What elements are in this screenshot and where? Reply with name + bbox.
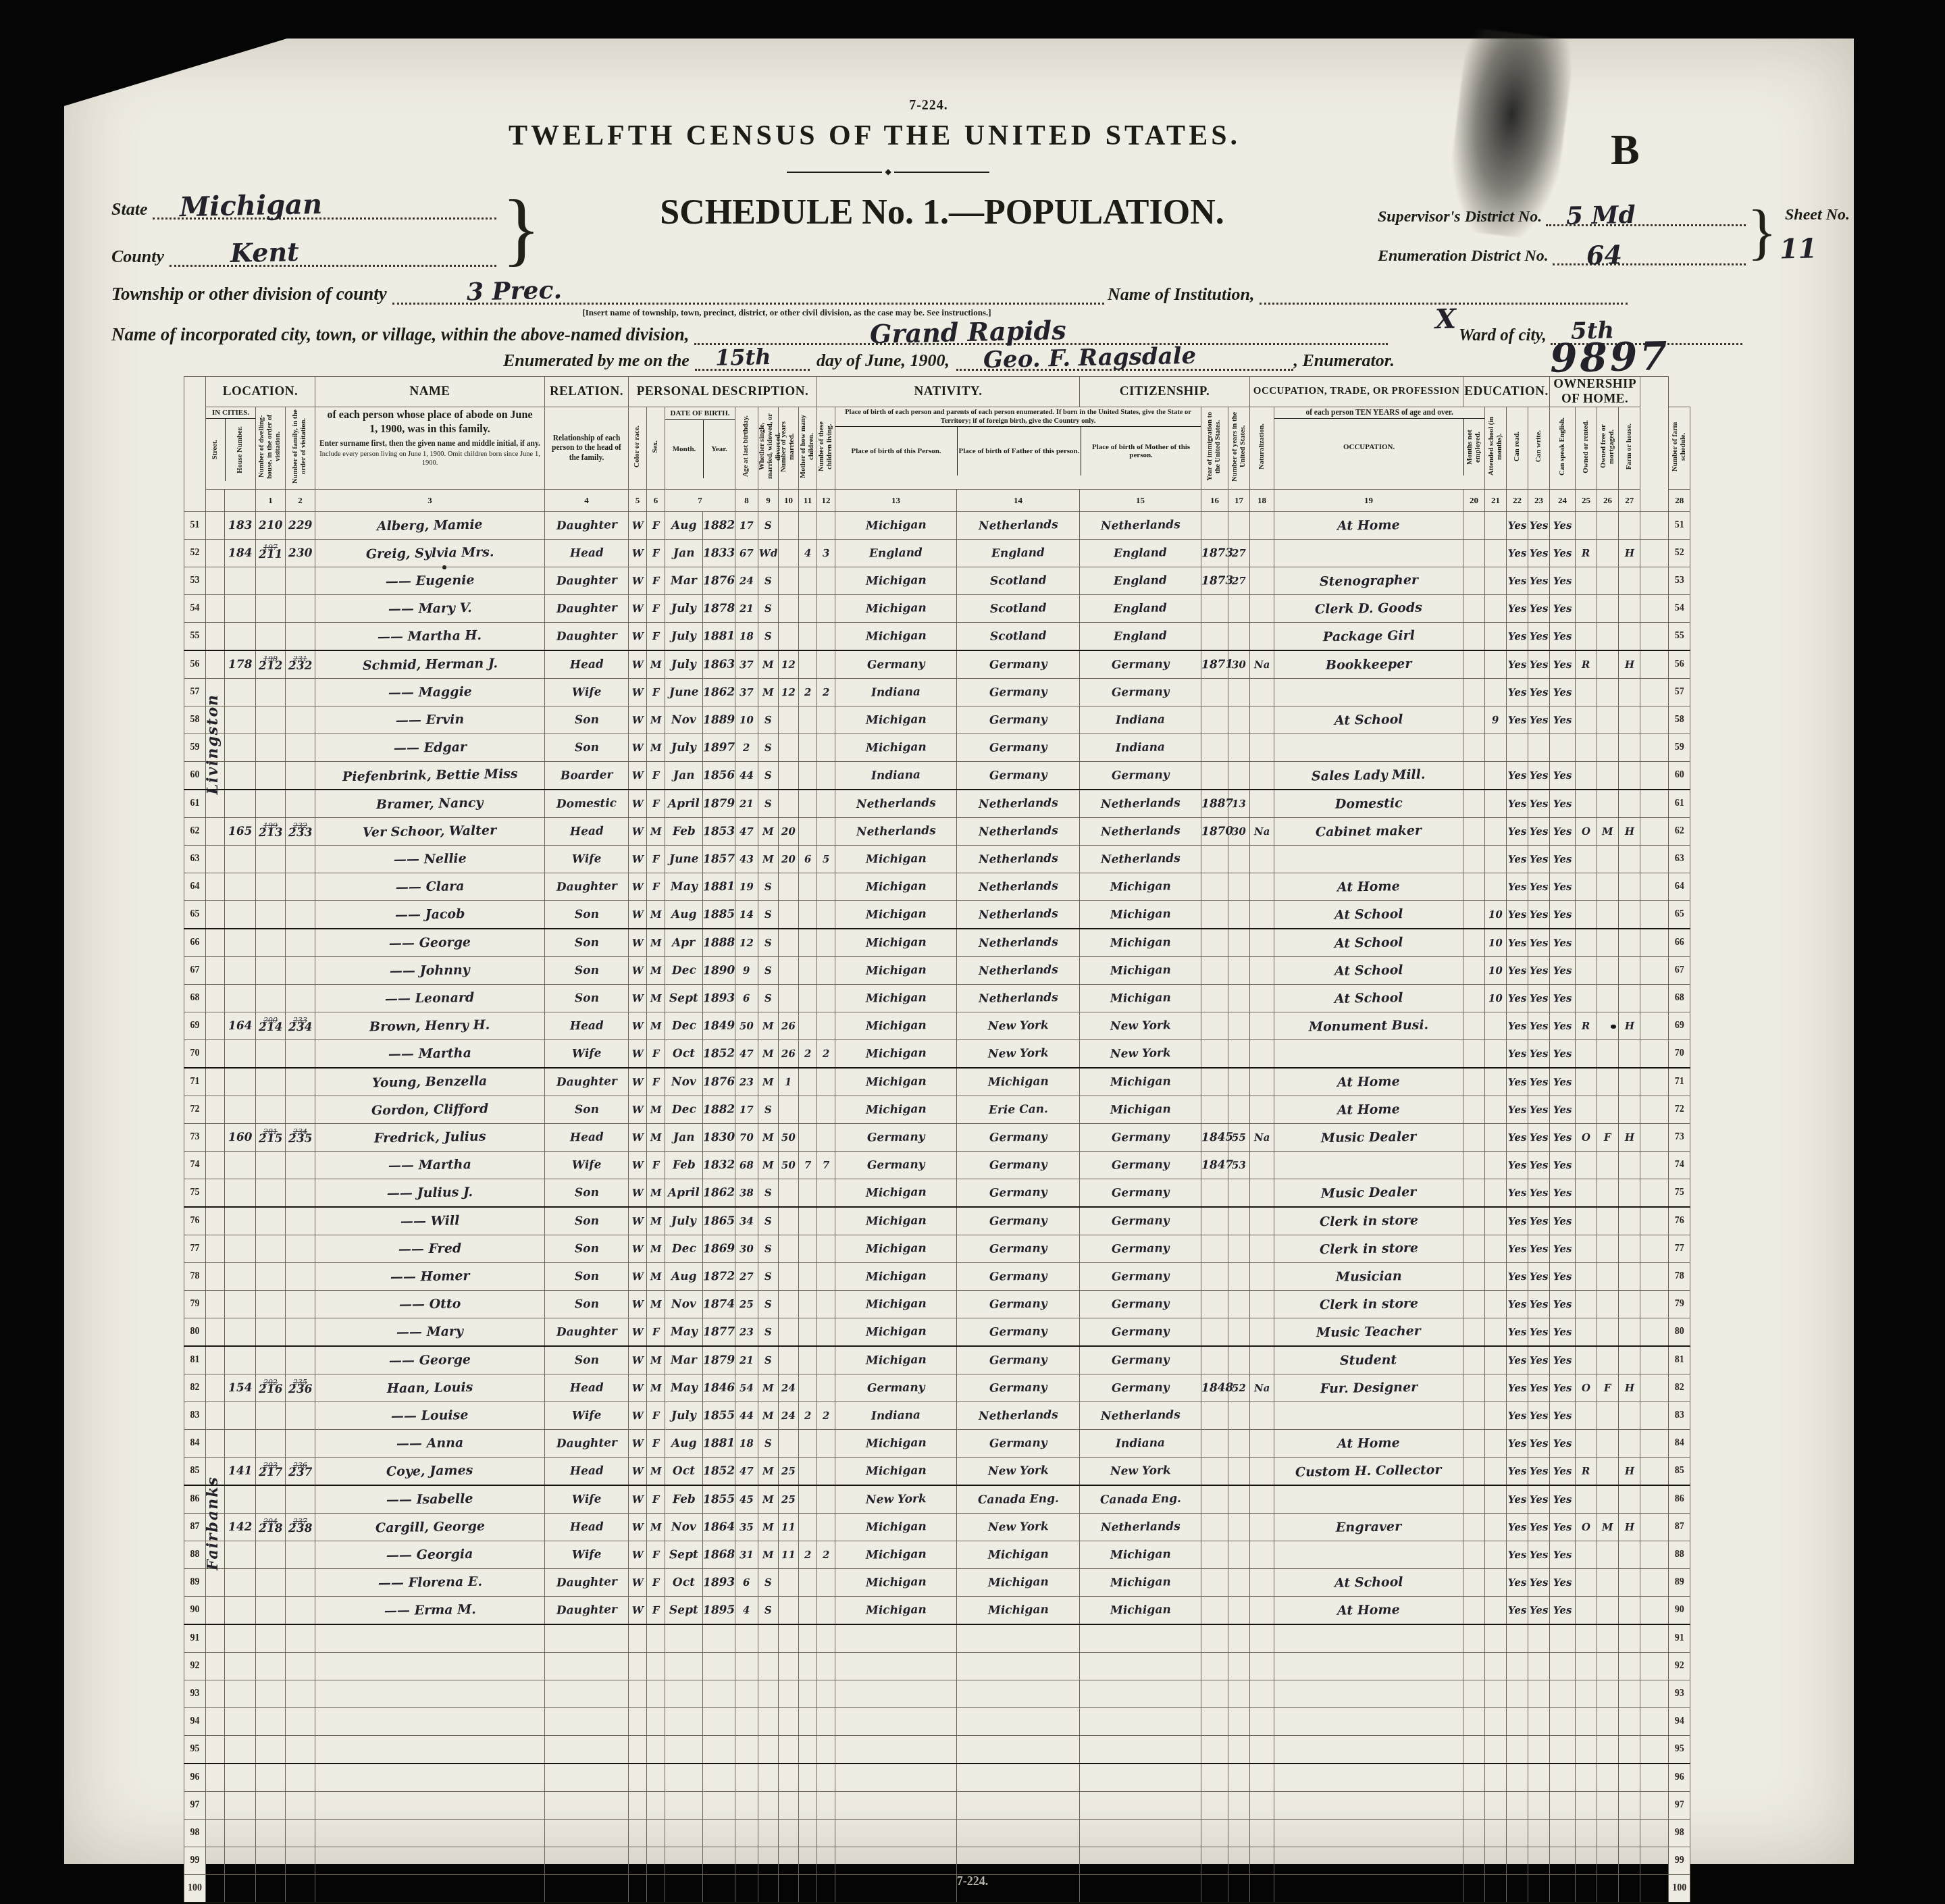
- cell-value: 30: [740, 1242, 754, 1254]
- cell: [1228, 1624, 1250, 1653]
- cell-value: Michigan: [988, 1603, 1049, 1618]
- cell: [286, 734, 315, 762]
- cell: [1576, 846, 1597, 873]
- cell-value: Domestic: [1335, 796, 1403, 812]
- cell: Yes: [1528, 1291, 1550, 1318]
- cell: [1201, 1207, 1228, 1235]
- cell-value: Haan, Louis: [387, 1380, 473, 1396]
- cell: 230: [286, 540, 315, 567]
- cell: 204218: [256, 1514, 286, 1541]
- cell: Yes: [1550, 929, 1576, 957]
- cell: [225, 1708, 256, 1736]
- cell: New York: [957, 1040, 1080, 1069]
- cell-value: S: [764, 1214, 772, 1227]
- cell: [1080, 1653, 1201, 1680]
- cell: —— Isabelle: [315, 1485, 545, 1514]
- cell: [665, 1680, 703, 1708]
- cell-value: Yes: [1553, 519, 1572, 531]
- cell: Daughter: [545, 1430, 629, 1458]
- cell: S: [758, 1346, 779, 1374]
- table-group-header-row: LOCATION.NAMERELATION.PERSONAL DESCRIPTI…: [184, 377, 1690, 407]
- cell: W: [629, 1569, 647, 1597]
- cell: [779, 790, 799, 818]
- cell: [1463, 1820, 1485, 1847]
- cell: —— Mary: [315, 1318, 545, 1347]
- cell: Oct: [665, 1458, 703, 1486]
- cell: 1852: [703, 1458, 735, 1486]
- cell-value: Feb: [672, 1158, 695, 1173]
- cell-value: Germany: [867, 1158, 925, 1172]
- cell: [1463, 1012, 1485, 1040]
- cell-value: 18: [740, 629, 754, 642]
- cell: [629, 1820, 647, 1847]
- cell: W: [629, 762, 647, 790]
- cell: Michigan: [835, 873, 957, 901]
- line-number: 83: [184, 1402, 206, 1430]
- cell: [1201, 1708, 1228, 1736]
- cell-value: Yes: [1530, 1548, 1549, 1560]
- line-number-gutter: [1640, 377, 1669, 512]
- cell: Yes: [1550, 873, 1576, 901]
- cell: [206, 1402, 225, 1430]
- cell: Yes: [1507, 1430, 1528, 1458]
- cell: 1847: [1201, 1152, 1228, 1179]
- cell: Feb: [665, 818, 703, 846]
- cell-value: Yes: [1553, 1075, 1572, 1087]
- cell: [1619, 1235, 1640, 1263]
- line-number: 64: [1669, 873, 1690, 901]
- cell: Yes: [1550, 595, 1576, 623]
- cell: 1878: [703, 595, 735, 623]
- cell: Yes: [1550, 1346, 1576, 1374]
- cell: England: [1080, 623, 1201, 651]
- cell: 1857: [703, 846, 735, 873]
- can-read-header: Can read.: [1507, 407, 1528, 490]
- cell: W: [629, 512, 647, 540]
- cell: 1893: [703, 1569, 735, 1597]
- table-row: 9999: [184, 1847, 1690, 1875]
- cell: [817, 706, 835, 734]
- cell: Michigan: [835, 1235, 957, 1263]
- cell: [1576, 873, 1597, 901]
- cell: [1463, 818, 1485, 846]
- cell: [545, 1736, 629, 1764]
- cell: [1576, 1736, 1597, 1764]
- cell: [1228, 1792, 1250, 1820]
- table-row: 70—— MarthaWifeWFOct185247M2622MichiganN…: [184, 1040, 1690, 1069]
- cell: Yes: [1528, 540, 1550, 567]
- cell-value: Aug: [671, 908, 697, 922]
- cell: [1250, 790, 1274, 818]
- cell: 10: [735, 706, 758, 734]
- cell: Yes: [1550, 1318, 1576, 1347]
- cell-value: Yes: [1530, 686, 1549, 698]
- cell-value: Yes: [1508, 825, 1527, 837]
- cell: [1485, 790, 1507, 818]
- cell: [1250, 1291, 1274, 1318]
- cell: [1228, 1402, 1250, 1430]
- cell: Netherlands: [957, 512, 1080, 540]
- cell: [758, 1847, 779, 1875]
- cell: [799, 1764, 817, 1792]
- cell: [799, 1680, 817, 1708]
- cell: [225, 595, 256, 623]
- cell: Michigan: [1080, 957, 1201, 985]
- table-row: 81—— GeorgeSonWMMar187921SMichiganGerman…: [184, 1346, 1690, 1374]
- cell-value: S: [764, 992, 772, 1004]
- cell-value: M: [650, 1354, 662, 1366]
- cell-value: 1832: [703, 1158, 735, 1173]
- cell: [256, 1152, 286, 1179]
- cell-value: S: [764, 936, 772, 948]
- cell: [1250, 540, 1274, 567]
- cell-value: F: [652, 1548, 660, 1560]
- cell: [1201, 901, 1228, 929]
- cell: Cargill, George: [315, 1514, 545, 1541]
- cell: [1576, 1680, 1597, 1708]
- cell: Yes: [1528, 1068, 1550, 1096]
- cell: Na: [1250, 818, 1274, 846]
- cell-value: 23: [740, 1325, 754, 1337]
- cell-value: Bramer, Nancy: [376, 796, 484, 813]
- cell: [1597, 1764, 1619, 1792]
- cell: [1485, 873, 1507, 901]
- cell: [256, 1263, 286, 1291]
- line-number: 58: [1669, 706, 1690, 734]
- cell: 1882: [703, 512, 735, 540]
- cell: [1576, 1847, 1597, 1875]
- cell: [1485, 1624, 1507, 1653]
- cell: 142: [225, 1514, 256, 1541]
- cell: Michigan: [835, 1263, 957, 1291]
- cell: 12: [779, 650, 799, 679]
- cell: [703, 1792, 735, 1820]
- cell-value: W: [631, 1576, 643, 1588]
- cell-value: 211: [259, 548, 283, 562]
- cell: [1597, 540, 1619, 567]
- line-number: 51: [1669, 512, 1690, 540]
- cell-value: Yes: [1530, 1493, 1549, 1505]
- cell: [1619, 1653, 1640, 1680]
- cell: [1463, 1792, 1485, 1820]
- cell: [256, 957, 286, 985]
- cell: [225, 1485, 256, 1514]
- cell: 53: [1228, 1152, 1250, 1179]
- cell: Daughter: [545, 567, 629, 595]
- cell-value: —— Louise: [391, 1408, 469, 1424]
- cell: [225, 790, 256, 818]
- cell-value: Netherlands: [979, 963, 1058, 978]
- cell-value: S: [764, 1437, 772, 1449]
- cell: M: [1597, 1514, 1619, 1541]
- cell: [1201, 679, 1228, 706]
- cell: Yes: [1528, 873, 1550, 901]
- cell: Netherlands: [957, 790, 1080, 818]
- cell: Yes: [1550, 512, 1576, 540]
- cell: Michigan: [835, 623, 957, 651]
- cell: F: [647, 873, 665, 901]
- cell: Wife: [545, 1485, 629, 1514]
- cell: Yes: [1528, 1152, 1550, 1179]
- cell-value: W: [631, 1493, 643, 1505]
- cell-value: Yes: [1530, 797, 1549, 809]
- cell-value: W: [631, 1047, 643, 1059]
- cell-value: 25: [781, 1493, 796, 1505]
- cell-value: Yes: [1530, 1019, 1549, 1031]
- cell-value: Yes: [1553, 1047, 1572, 1059]
- cell-value: M: [762, 852, 774, 865]
- cell: [817, 901, 835, 929]
- cell: [1463, 650, 1485, 679]
- cell: Yes: [1550, 1263, 1576, 1291]
- cell: [779, 1875, 799, 1903]
- name-header: of each person whose place of abode on J…: [315, 407, 545, 490]
- cell: June: [665, 846, 703, 873]
- cell: Michigan: [835, 1040, 957, 1069]
- cell-value: 217: [259, 1466, 283, 1480]
- cell: [817, 790, 835, 818]
- cell: 19: [735, 873, 758, 901]
- line-number: 63: [184, 846, 206, 873]
- cell-value: Stenographer: [1319, 573, 1418, 590]
- line-number: 52: [1669, 540, 1690, 567]
- occupation-header: of each person TEN YEARS of age and over…: [1274, 407, 1485, 490]
- cell: S: [758, 1096, 779, 1124]
- cell: [1250, 1736, 1274, 1764]
- cell-value: 2: [823, 1047, 830, 1059]
- cell-value: Yes: [1553, 908, 1572, 920]
- cell: —— Will: [315, 1207, 545, 1235]
- column-label: House Number.: [236, 425, 244, 475]
- cell: [1640, 1179, 1669, 1208]
- cell-value: Daughter: [556, 1075, 617, 1089]
- cell: Yes: [1550, 818, 1576, 846]
- cell: [1201, 985, 1228, 1012]
- cell-value: Wife: [572, 1409, 602, 1423]
- cell-value: Yes: [1553, 1437, 1572, 1449]
- cell: [225, 957, 256, 985]
- cell-value: 26: [781, 1047, 796, 1059]
- cell: [315, 1653, 545, 1680]
- cell: Alberg, Mamie: [315, 512, 545, 540]
- cell: [1619, 1820, 1640, 1847]
- cell: [206, 985, 225, 1012]
- line-number: 91: [1669, 1624, 1690, 1653]
- cell: [286, 1847, 315, 1875]
- cell: [1228, 1653, 1250, 1680]
- cell-value: 1862: [703, 686, 735, 700]
- cell-value: Yes: [1530, 546, 1549, 559]
- cell-value: M: [650, 658, 662, 670]
- cell-value: 1855: [703, 1493, 735, 1507]
- cell: [1576, 1291, 1597, 1318]
- cell-value: Michigan: [1110, 1547, 1171, 1562]
- cell-value: Yes: [1508, 629, 1527, 642]
- line-number: 56: [184, 650, 206, 679]
- cell-value: Yes: [1553, 1493, 1572, 1505]
- cell: Yes: [1550, 1569, 1576, 1597]
- cell-value: 154: [228, 1381, 253, 1395]
- cell: 154: [225, 1374, 256, 1402]
- column-label: Number of farm schedule.: [1671, 407, 1688, 486]
- cell: Head: [545, 1012, 629, 1040]
- cell: [799, 1124, 817, 1152]
- cell-value: 67: [740, 546, 754, 559]
- cell-value: Germany: [989, 1241, 1047, 1256]
- cell: [817, 1847, 835, 1875]
- line-number: 91: [184, 1624, 206, 1653]
- cell: [206, 1736, 225, 1764]
- line-number: 85: [184, 1458, 206, 1486]
- cell-value: Germany: [1112, 1381, 1170, 1395]
- cell: [225, 1875, 256, 1903]
- cell: [1201, 873, 1228, 901]
- cell: [835, 1653, 957, 1680]
- cell-value: —— Martha H.: [378, 628, 482, 645]
- cell: [1485, 1597, 1507, 1625]
- cell: [1550, 1708, 1576, 1736]
- cell: Yes: [1507, 1291, 1528, 1318]
- cell-value: Dec: [671, 1242, 696, 1256]
- cell: —— Ervin: [315, 706, 545, 734]
- cell: Son: [545, 985, 629, 1012]
- cell: [225, 846, 256, 873]
- cell-value: —— Homer: [390, 1268, 470, 1285]
- cell: Ver Schoor, Walter: [315, 818, 545, 846]
- cell: Aug: [665, 1430, 703, 1458]
- cell: [629, 1764, 647, 1792]
- cell: At Home: [1274, 1096, 1463, 1124]
- cell: 2: [799, 679, 817, 706]
- cell: Michigan: [835, 1458, 957, 1486]
- cell: Netherlands: [1080, 818, 1201, 846]
- cell: New York: [1080, 1012, 1201, 1040]
- cell: [779, 1653, 799, 1680]
- cell: [1597, 650, 1619, 679]
- cell: [206, 1764, 225, 1792]
- cell-value: England: [869, 546, 923, 560]
- title-ornament-rule: ◆: [787, 167, 989, 177]
- line-number: 88: [184, 1541, 206, 1569]
- cell: [225, 706, 256, 734]
- cell: Michigan: [835, 929, 957, 957]
- cell-value: 213: [259, 826, 283, 840]
- cell: [1485, 1346, 1507, 1374]
- cell: [1640, 929, 1669, 957]
- cell-value: Yes: [1553, 1270, 1572, 1282]
- cell: [1485, 1792, 1507, 1820]
- cell: [779, 1569, 799, 1597]
- table-row: 58—— ErvinSonWMNov188910SMichiganGermany…: [184, 706, 1690, 734]
- cell: [1463, 762, 1485, 790]
- cell: [256, 1068, 286, 1096]
- cell: R: [1576, 1458, 1597, 1486]
- cell: [817, 1458, 835, 1486]
- cell: [799, 1597, 817, 1625]
- cell: Head: [545, 650, 629, 679]
- cell-value: 212: [259, 659, 283, 673]
- cell: [256, 873, 286, 901]
- cell-value: Son: [574, 1103, 598, 1117]
- cell: F: [647, 595, 665, 623]
- cell: [1640, 985, 1669, 1012]
- cell: [206, 1875, 225, 1903]
- cell: [1250, 1346, 1274, 1374]
- cell: [1619, 1736, 1640, 1764]
- cell: Netherlands: [957, 929, 1080, 957]
- cell-value: W: [631, 741, 643, 753]
- cell: [1250, 957, 1274, 985]
- cell-value: —— Nellie: [393, 851, 466, 867]
- cell: [1597, 1847, 1619, 1875]
- cell-value: Yes: [1508, 574, 1527, 586]
- cell-value: W: [631, 936, 643, 948]
- line-number: 56: [1669, 650, 1690, 679]
- cell-value: 142: [228, 1520, 253, 1535]
- cell: [256, 1708, 286, 1736]
- cell: [1576, 929, 1597, 957]
- cell: Germany: [957, 650, 1080, 679]
- cell-value: M: [762, 1381, 774, 1393]
- cell: [835, 1680, 957, 1708]
- cell-value: H: [1624, 658, 1634, 670]
- cell: [1485, 1012, 1507, 1040]
- cell-value: Yes: [1508, 1381, 1527, 1393]
- cell-value: Erie Can.: [988, 1102, 1047, 1117]
- cell: —— Martha H.: [315, 623, 545, 651]
- cell: Yes: [1550, 1402, 1576, 1430]
- cell: Michigan: [835, 1514, 957, 1541]
- table-row: 90—— Erma M.DaughterWFSept18954SMichigan…: [184, 1597, 1690, 1625]
- column-label: Age at last birthday.: [742, 414, 750, 478]
- cell-value: May: [670, 880, 697, 894]
- supervisors-district-value: 5 Md: [1566, 201, 1636, 230]
- cell: [1485, 1764, 1507, 1792]
- cell: [1576, 623, 1597, 651]
- cell: [1463, 1179, 1485, 1208]
- cell: —— Maggie: [315, 679, 545, 706]
- cell: Scotland: [957, 623, 1080, 651]
- cell: [1576, 1152, 1597, 1179]
- cell: [225, 873, 256, 901]
- cell: At School: [1274, 929, 1463, 957]
- cell: Son: [545, 1263, 629, 1291]
- cell-value: New York: [1110, 1464, 1171, 1478]
- cell: 235236: [286, 1374, 315, 1402]
- group-header: OCCUPATION, TRADE, OR PROFESSION: [1250, 377, 1463, 407]
- cell: [817, 650, 835, 679]
- cell: [1597, 1708, 1619, 1736]
- line-number: 90: [1669, 1597, 1690, 1625]
- cell: Musician: [1274, 1263, 1463, 1291]
- cell: H: [1619, 1124, 1640, 1152]
- cell-value: W: [631, 992, 643, 1004]
- cell: [1597, 595, 1619, 623]
- cell-value: M: [762, 825, 774, 837]
- cell: [286, 1096, 315, 1124]
- cell-value: H: [1624, 1131, 1634, 1143]
- cell: [1576, 734, 1597, 762]
- cell-value: Yes: [1508, 1437, 1527, 1449]
- cell-value: Germany: [989, 1436, 1047, 1450]
- cell: [1485, 1736, 1507, 1764]
- cell-value: F: [1604, 1381, 1611, 1393]
- cell-value: Yes: [1508, 1158, 1527, 1170]
- cell: At School: [1274, 901, 1463, 929]
- cell-value: F: [652, 797, 660, 809]
- cell: [957, 1708, 1080, 1736]
- cell: [1274, 1847, 1463, 1875]
